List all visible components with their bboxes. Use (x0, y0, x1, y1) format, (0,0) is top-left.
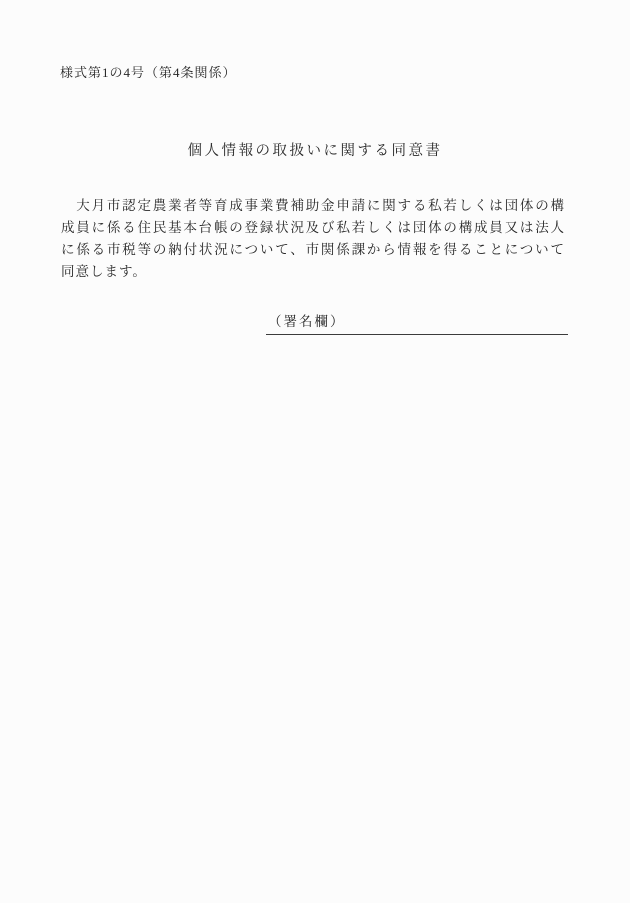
body-line-1: 大月市認定農業者等育成事業費補助金申請に関する私若しくは団体の構 (61, 195, 565, 217)
body-line-3: に係る市税等の納付状況について、市関係課から情報を得ることについて (61, 239, 565, 261)
document-page: 様式第1の4号（第4条関係） 個人情報の取扱いに関する同意書 大月市認定農業者等… (0, 0, 630, 903)
body-paragraph: 大月市認定農業者等育成事業費補助金申請に関する私若しくは団体の構 成員に係る住民… (61, 195, 565, 283)
signature-field: （署名欄） (266, 310, 568, 335)
document-title: 個人情報の取扱いに関する同意書 (0, 139, 630, 160)
signature-label: （署名欄） (266, 314, 346, 329)
body-line-2: 成員に係る住民基本台帳の登録状況及び私若しくは団体の構成員又は法人 (61, 217, 565, 239)
body-line-4: 同意します。 (61, 261, 565, 283)
form-number: 様式第1の4号（第4条関係） (60, 62, 237, 81)
